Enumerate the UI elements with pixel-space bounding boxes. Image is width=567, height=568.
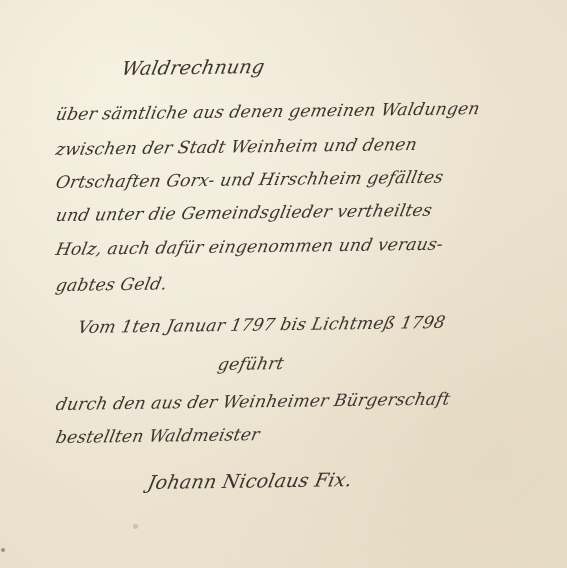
body-line-3: Ortschaften Gorx- und Hirschheim gefällt… [54, 168, 445, 193]
by-line-1: durch den aus der Weinheimer Bürgerschaf… [54, 390, 452, 415]
by-line-2: bestellten Waldmeister [54, 425, 261, 448]
body-line-4: und unter die Gemeindsglieder vertheilte… [54, 201, 434, 226]
paper-stain [1, 548, 5, 552]
body-line-6: gabtes Geld. [54, 274, 169, 296]
body-line-5: Holz, auch dafür eingenommen und veraus- [54, 235, 445, 260]
paper-stain [133, 524, 138, 529]
signature: Johann Nicolaus Fix. [146, 469, 354, 494]
body-line-1: über sämtliche aus denen gemeinen Waldun… [54, 99, 482, 125]
body-line-2: zwischen der Stadt Weinheim und denen [54, 135, 419, 160]
document-title: Waldrechnung [120, 56, 267, 80]
manuscript-page: Waldrechnung über sämtliche aus denen ge… [0, 0, 567, 568]
period-line: Vom 1ten Januar 1797 bis Lichtmeß 1798 [76, 313, 447, 338]
kept-label: geführt [216, 354, 286, 375]
